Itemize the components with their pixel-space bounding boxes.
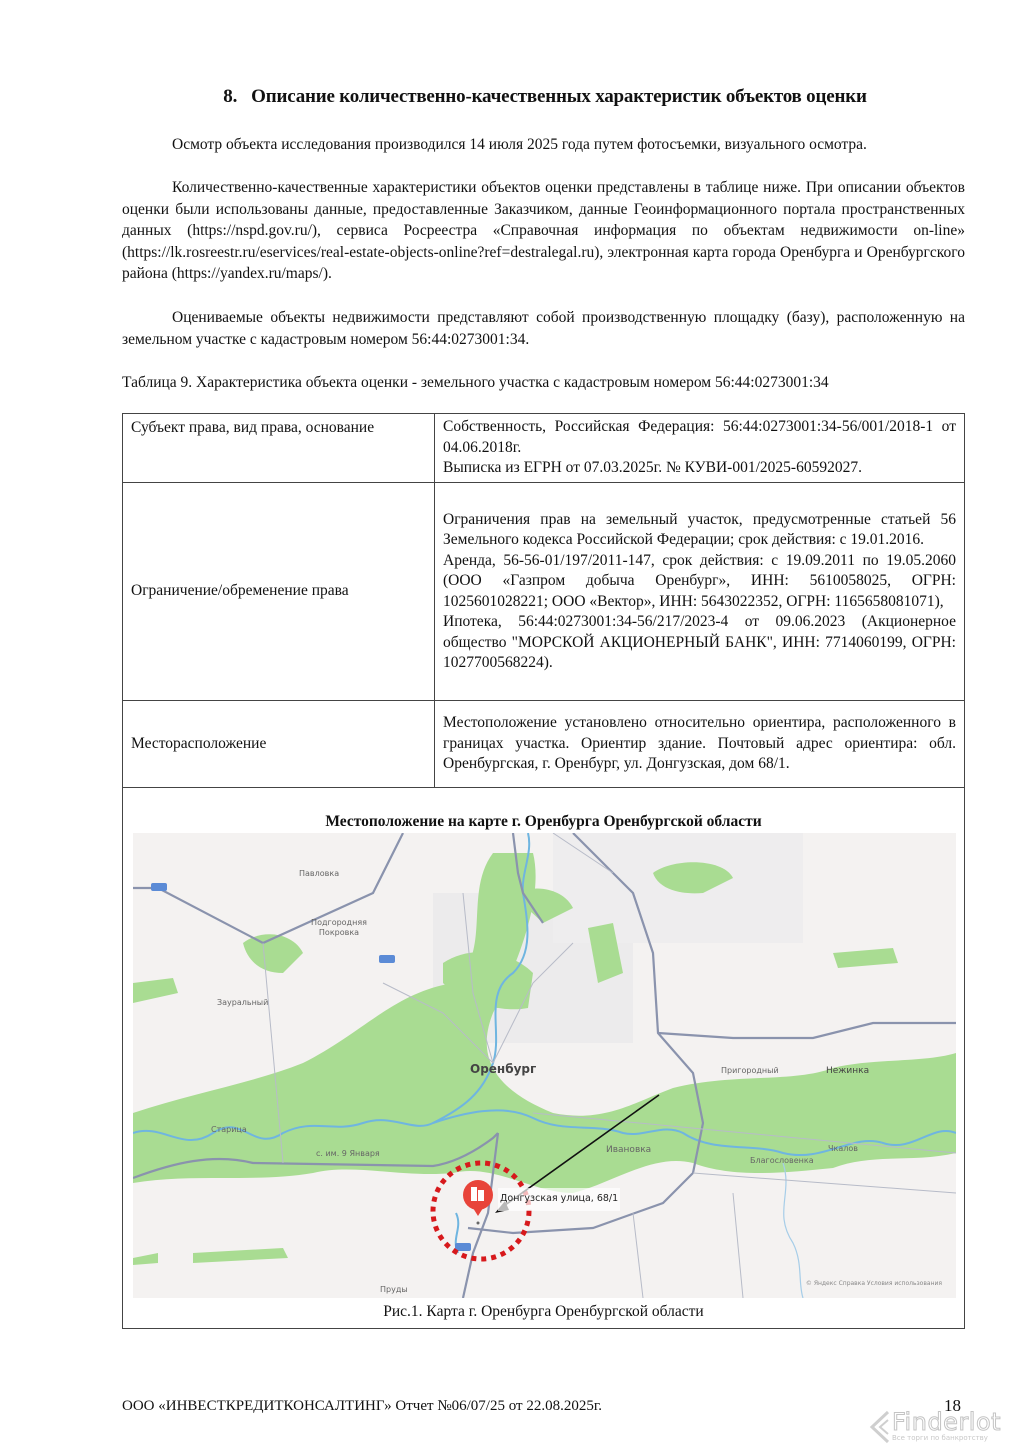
row-value: Ограничения прав на земельный участок, п… — [435, 483, 965, 701]
row-label: Месторасположение — [123, 701, 435, 788]
paragraph-objects: Оцениваемые объекты недвижимости предста… — [122, 307, 965, 350]
watermark-name: Finderlot — [892, 1408, 1001, 1436]
map-cell: Местоположение на карте г. Оренбурга Оре… — [123, 788, 965, 1329]
table-row-map: Местоположение на карте г. Оренбурга Оре… — [123, 788, 965, 1329]
document-page: 8.Описание количественно-качественных ха… — [0, 0, 1024, 1448]
section-heading: 8.Описание количественно-качественных ха… — [120, 86, 970, 108]
row-label: Субъект права, вид права, основание — [123, 414, 435, 483]
table-row: Ограничение/обременение права Ограничени… — [123, 483, 965, 701]
paragraph-inspection: Осмотр объекта исследования производился… — [122, 134, 965, 156]
map-label-nezhinka: Нежинка — [826, 1061, 869, 1082]
paragraph-sources: Количественно-качественные характеристик… — [122, 177, 965, 285]
map-label-pavlovka: Павловка — [299, 864, 339, 885]
row-value: Собственность, Российская Федерация: 56:… — [435, 414, 965, 483]
map-copyright[interactable]: © Яндекс Справка Условия использования — [806, 1274, 942, 1295]
map-label-orenburg: Оренбург — [470, 1059, 536, 1080]
figure-caption: Рис.1. Карта г. Оренбурга Оренбургской о… — [123, 1302, 964, 1323]
map-label-staritsa: Старица — [211, 1120, 247, 1141]
finderlot-logo-icon — [868, 1410, 890, 1444]
map-label-zauralny: Зауральный — [217, 993, 268, 1014]
map-title: Местоположение на карте г. Оренбурга Оре… — [123, 812, 964, 833]
location-map[interactable]: Павловка Подгородняя Покровка Зауральный… — [133, 833, 956, 1298]
watermark-tagline: Все торги по банкротству — [892, 1434, 988, 1442]
map-label-podgorodnyaya: Подгородняя Покровка — [309, 918, 369, 938]
map-label-im9: с. им. 9 Января — [316, 1144, 380, 1165]
map-label-chkalov: Чкалов — [828, 1139, 858, 1160]
section-title: Описание количественно-качественных хара… — [251, 86, 867, 107]
row-label: Ограничение/обременение права — [123, 483, 435, 701]
property-table: Субъект права, вид права, основание Собс… — [122, 413, 965, 1329]
table-row: Месторасположение Местоположение установ… — [123, 701, 965, 788]
map-label-blagoslovenka: Благословенка — [750, 1151, 814, 1172]
map-label-prigorodny: Пригородный — [721, 1061, 779, 1082]
map-label-ivanovka: Ивановка — [606, 1140, 651, 1161]
table-caption: Таблица 9. Характеристика объекта оценки… — [122, 373, 965, 393]
footer-company: ООО «ИНВЕСТКРЕДИТКОНСАЛТИНГ» Отчет №06/0… — [122, 1398, 602, 1415]
table-row: Субъект права, вид права, основание Собс… — [123, 414, 965, 483]
map-marker-address: Донгузская улица, 68/1 — [498, 1188, 620, 1211]
row-value: Местоположение установлено относительно … — [435, 701, 965, 788]
watermark: Finderlot Все торги по банкротству — [868, 1410, 1024, 1448]
map-label-prudy: Пруды — [380, 1280, 408, 1298]
section-number: 8. — [223, 86, 237, 107]
